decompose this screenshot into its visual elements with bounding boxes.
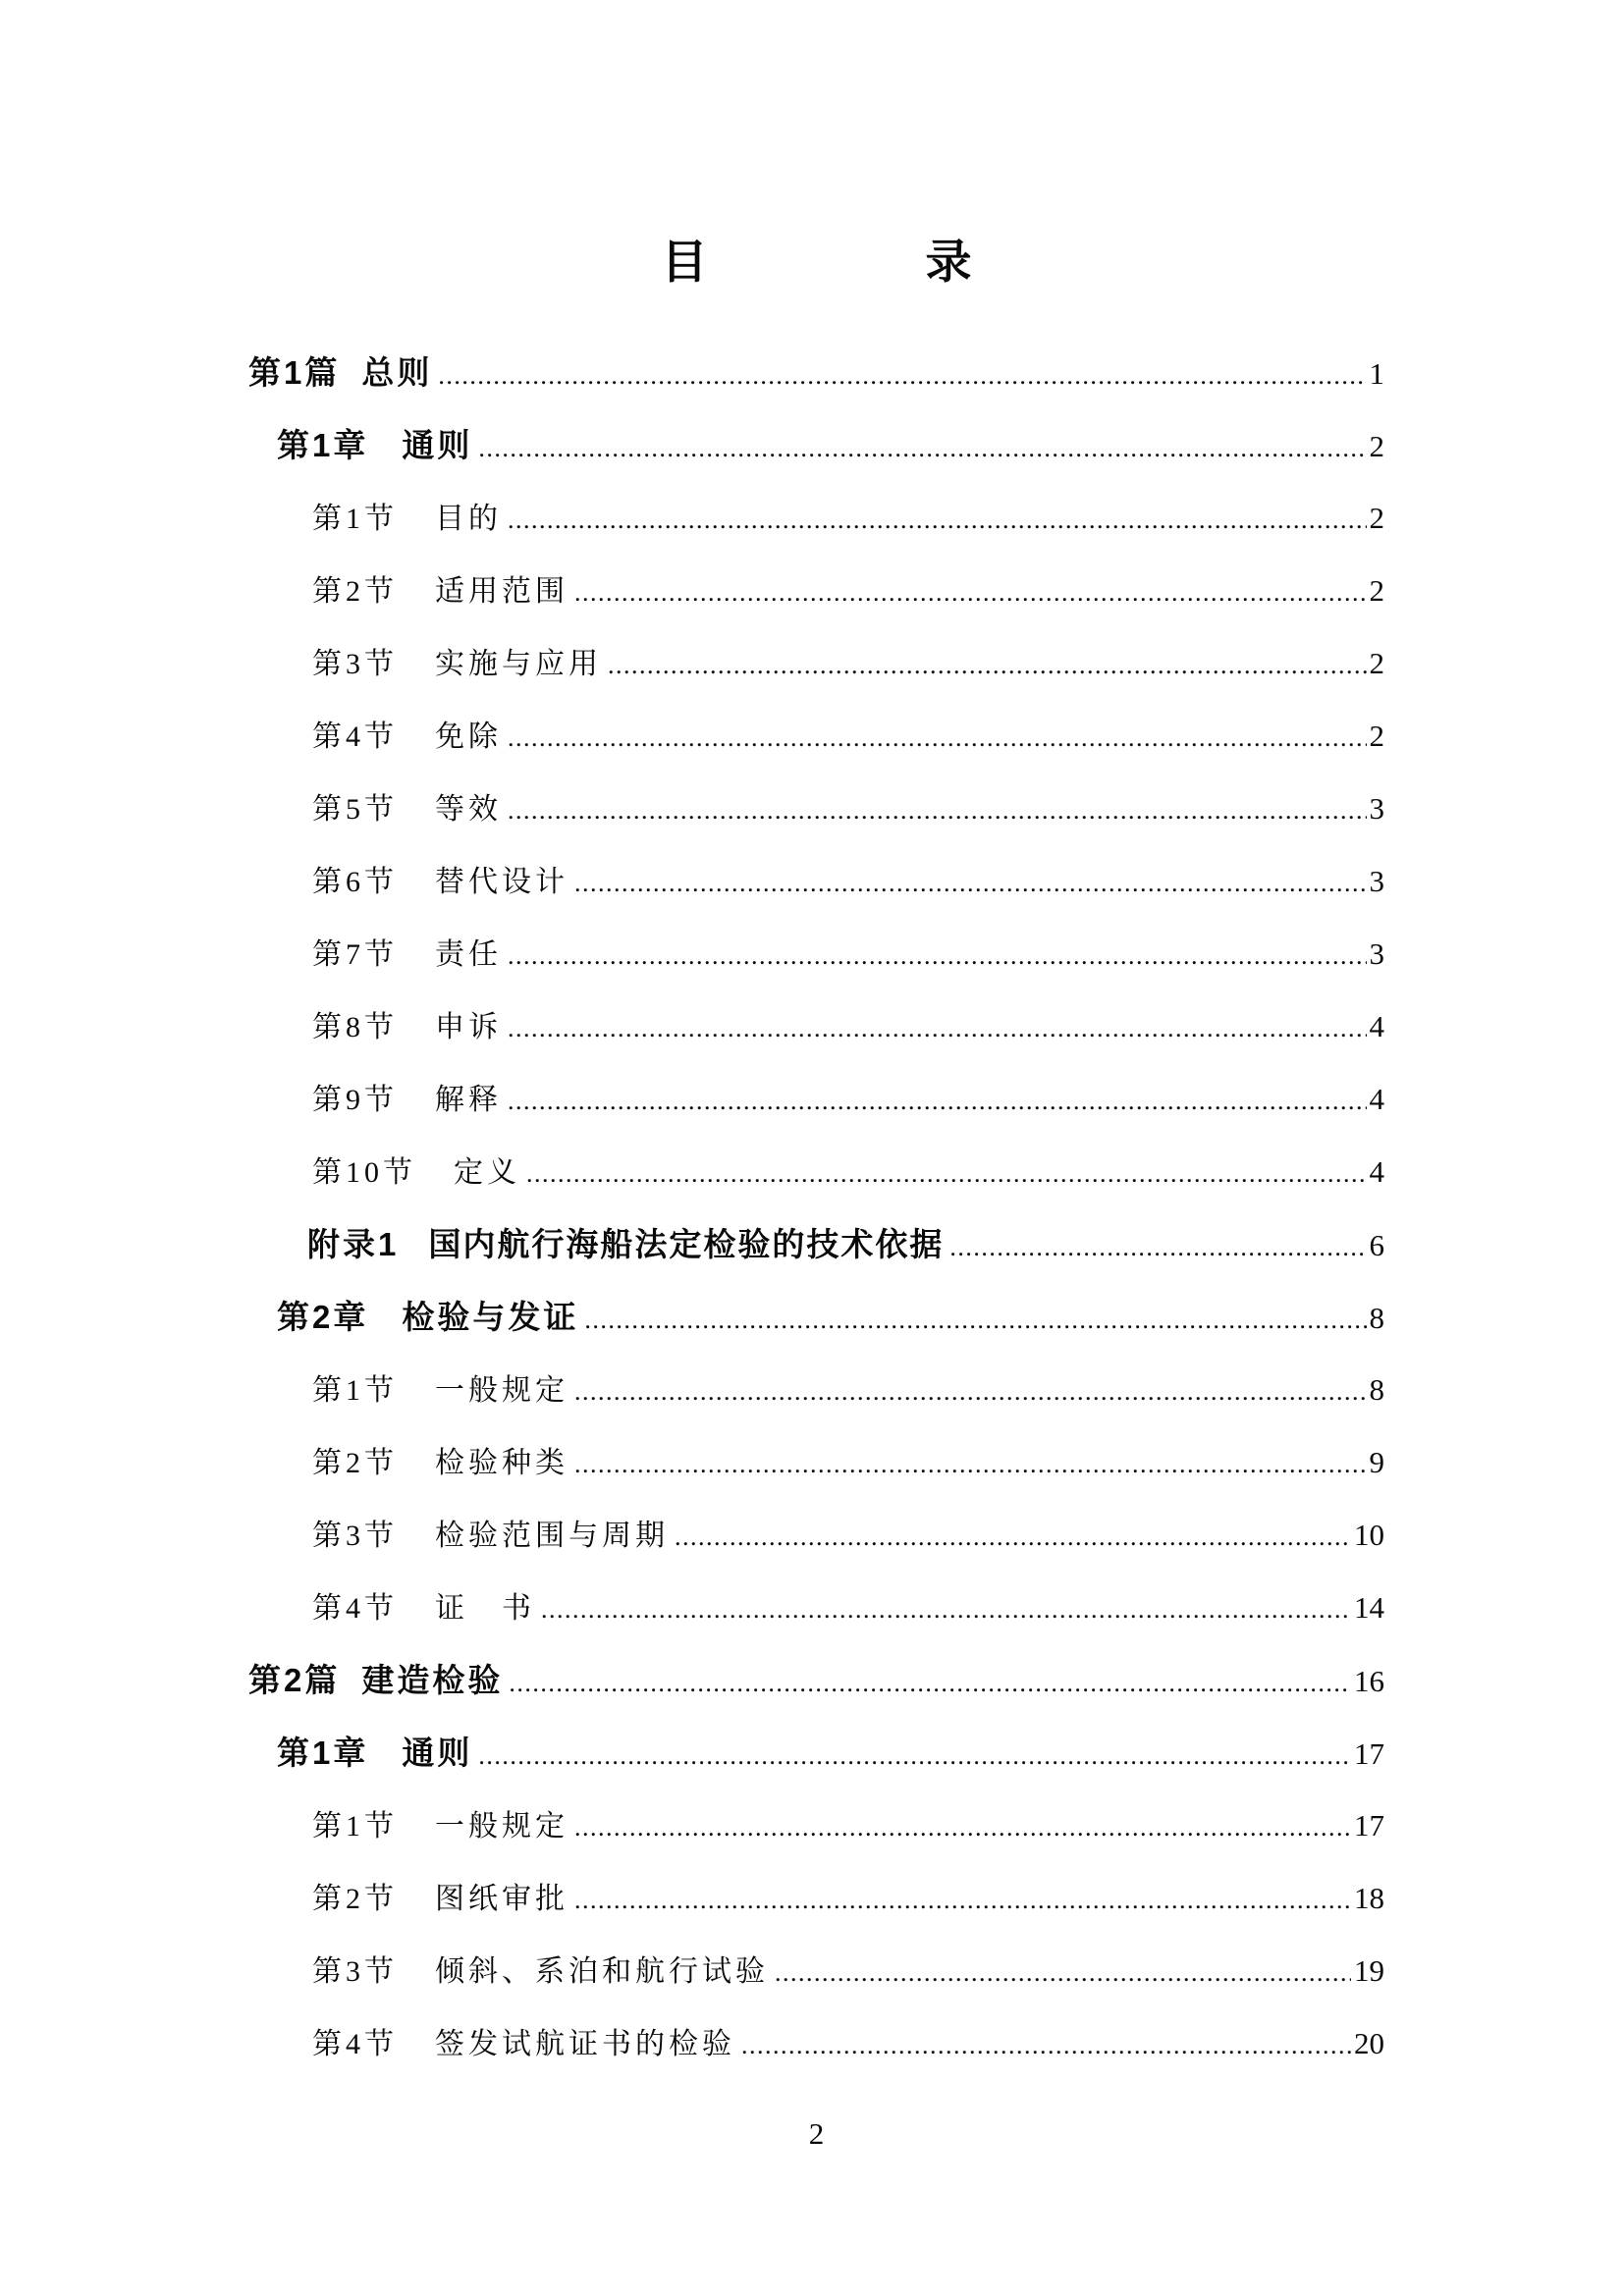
toc-entry: 第1节 目的 .................................… xyxy=(248,482,1384,555)
dot-leader: ........................................… xyxy=(541,1574,1351,1646)
toc-entry-number: 第7节 xyxy=(312,919,398,991)
toc-entry-number: 第3节 xyxy=(312,1500,398,1573)
toc-entry-page: 14 xyxy=(1354,1572,1384,1644)
page-title-char-left: 目 xyxy=(662,239,708,290)
toc-entry-title: 一般规定 xyxy=(435,1790,568,1863)
toc-entry-number: 第5节 xyxy=(312,774,398,846)
dot-leader: ........................................… xyxy=(509,1647,1351,1720)
dot-leader: ........................................… xyxy=(775,1937,1351,2009)
toc-entry-title: 通则 xyxy=(402,1717,472,1789)
toc-entry-title: 检验范围与周期 xyxy=(435,1500,669,1573)
dot-leader: ........................................… xyxy=(574,1428,1367,1501)
dot-leader: ........................................… xyxy=(508,1065,1367,1138)
toc-entry-number: 第1节 xyxy=(312,1790,398,1863)
toc-entry: 第8节 申诉 .................................… xyxy=(248,990,1384,1063)
toc-entry-page: 16 xyxy=(1354,1645,1384,1718)
toc-entry: 第1节 一般规定 ...............................… xyxy=(248,1789,1384,1862)
page-title: 目 录 xyxy=(248,239,1384,290)
toc-entry-title: 图纸审批 xyxy=(435,1863,568,1936)
dot-leader: ........................................… xyxy=(526,1138,1367,1210)
toc-entry: 第3节 实施与应用 ..............................… xyxy=(248,627,1384,700)
toc-entry-number: 第2节 xyxy=(312,1863,398,1936)
toc-entry-page: 4 xyxy=(1370,1136,1385,1208)
toc-entry-title: 责任 xyxy=(435,919,502,991)
toc-entry: 第2篇 建造检验 ...............................… xyxy=(248,1644,1384,1717)
toc-entry-number: 第1章 xyxy=(277,1717,368,1789)
dot-leader: ........................................… xyxy=(574,847,1367,920)
toc-entry-page: 18 xyxy=(1354,1862,1384,1935)
toc-entry-number: 第1章 xyxy=(277,409,368,482)
toc-entry-page: 20 xyxy=(1354,2007,1384,2080)
page-title-char-right: 录 xyxy=(926,239,972,290)
dot-leader: ........................................… xyxy=(675,1501,1351,1574)
toc-entry-title: 替代设计 xyxy=(435,846,568,919)
dot-leader: ........................................… xyxy=(508,992,1367,1065)
dot-leader: ........................................… xyxy=(508,920,1367,992)
toc-entry: 第1篇 总则 .................................… xyxy=(248,337,1384,409)
toc-entry-number: 第2节 xyxy=(312,1427,398,1500)
toc-entry-title: 建造检验 xyxy=(361,1644,503,1717)
toc-entry: 第1章 通则 .................................… xyxy=(248,1717,1384,1789)
toc-entry-page: 2 xyxy=(1370,555,1385,627)
toc-entry: 第3节 检验范围与周期 ............................… xyxy=(248,1499,1384,1572)
dot-leader: ........................................… xyxy=(478,1720,1351,1792)
toc-entry: 第9节 解释 .................................… xyxy=(248,1063,1384,1136)
toc-entry: 第2节 适用范围 ...............................… xyxy=(248,555,1384,627)
toc-entry: 第4节 证 书 ................................… xyxy=(248,1572,1384,1644)
toc-entry-number: 第1节 xyxy=(312,1355,398,1427)
dot-leader: ........................................… xyxy=(574,557,1367,629)
toc-entry-number: 第8节 xyxy=(312,991,398,1064)
toc-entry-number: 第2篇 xyxy=(248,1644,340,1717)
toc-entry-page: 4 xyxy=(1370,990,1385,1063)
toc-entry: 第5节 等效 .................................… xyxy=(248,773,1384,845)
dot-leader: ........................................… xyxy=(574,1356,1367,1428)
dot-leader: ........................................… xyxy=(949,1211,1366,1284)
toc-entry-number: 第1节 xyxy=(312,483,398,556)
toc-entry-title: 国内航行海船法定检验的技术依据 xyxy=(428,1208,944,1281)
toc-entry-number: 第10节 xyxy=(312,1137,416,1209)
toc-entry: 第3节 倾斜、系泊和航行试验 .........................… xyxy=(248,1935,1384,2007)
footer-page-number: 2 xyxy=(248,2116,1384,2152)
dot-leader: ........................................… xyxy=(508,774,1367,847)
dot-leader: ........................................… xyxy=(574,1791,1351,1864)
toc-entry-title: 通则 xyxy=(402,409,472,482)
dot-leader: ........................................… xyxy=(574,1864,1351,1937)
toc-entry-page: 17 xyxy=(1354,1718,1384,1790)
toc-entry-page: 6 xyxy=(1370,1209,1385,1282)
toc-entry-title: 目的 xyxy=(435,483,502,556)
toc-entry: 第2章 检验与发证 ..............................… xyxy=(248,1281,1384,1354)
toc-entry-title: 总则 xyxy=(361,337,432,409)
toc-entry-page: 17 xyxy=(1354,1789,1384,1862)
toc-entry-page: 9 xyxy=(1370,1426,1385,1499)
toc-entry: 附录1 国内航行海船法定检验的技术依据 ....................… xyxy=(248,1208,1384,1281)
toc-entry: 第2节 检验种类 ...............................… xyxy=(248,1426,1384,1499)
toc-entry-number: 第4节 xyxy=(312,2008,398,2081)
dot-leader: ........................................… xyxy=(438,340,1366,412)
toc-entry-page: 10 xyxy=(1354,1499,1384,1572)
document-page: 目 录 第1篇 总则 .............................… xyxy=(0,0,1624,2296)
toc-entry: 第1节 一般规定 ...............................… xyxy=(248,1354,1384,1426)
dot-leader: ........................................… xyxy=(741,2009,1351,2082)
toc-entry-page: 2 xyxy=(1370,627,1385,700)
toc-entry: 第2节 图纸审批 ...............................… xyxy=(248,1862,1384,1935)
toc-entry-page: 2 xyxy=(1370,700,1385,773)
toc-list: 第1篇 总则 .................................… xyxy=(248,337,1384,2080)
toc-entry-number: 第6节 xyxy=(312,846,398,919)
dot-leader: ........................................… xyxy=(508,484,1367,557)
toc-entry-page: 8 xyxy=(1370,1354,1385,1426)
toc-entry-title: 解释 xyxy=(435,1064,502,1137)
dot-leader: ........................................… xyxy=(508,702,1367,774)
toc-entry: 第7节 责任 .................................… xyxy=(248,918,1384,990)
toc-entry-title: 申诉 xyxy=(435,991,502,1064)
toc-entry-page: 3 xyxy=(1370,773,1385,845)
toc-entry-title: 等效 xyxy=(435,774,502,846)
toc-entry: 第1章 通则 .................................… xyxy=(248,409,1384,482)
toc-entry-title: 倾斜、系泊和航行试验 xyxy=(435,1936,769,2008)
toc-entry-number: 第2节 xyxy=(312,556,398,628)
toc-entry-page: 2 xyxy=(1370,410,1385,483)
toc-entry-title: 免除 xyxy=(435,701,502,774)
toc-entry-page: 8 xyxy=(1370,1282,1385,1355)
toc-entry-title: 实施与应用 xyxy=(435,628,602,701)
dot-leader: ........................................… xyxy=(584,1284,1366,1357)
toc-entry-title: 定义 xyxy=(454,1137,520,1209)
toc-entry: 第4节 签发试航证书的检验 ..........................… xyxy=(248,2007,1384,2080)
toc-entry-page: 2 xyxy=(1370,482,1385,555)
toc-entry-title: 一般规定 xyxy=(435,1355,568,1427)
toc-entry-page: 3 xyxy=(1370,918,1385,990)
toc-entry-page: 19 xyxy=(1354,1935,1384,2007)
toc-entry-number: 第4节 xyxy=(312,1573,398,1645)
toc-entry-number: 第4节 xyxy=(312,701,398,774)
toc-entry-title: 适用范围 xyxy=(435,556,568,628)
toc-entry: 第10节 定义 ................................… xyxy=(248,1136,1384,1208)
toc-entry: 第4节 免除 .................................… xyxy=(248,700,1384,773)
toc-entry-page: 4 xyxy=(1370,1063,1385,1136)
dot-leader: ........................................… xyxy=(478,412,1366,485)
toc-entry-title: 检验与发证 xyxy=(402,1281,578,1354)
toc-entry-title: 签发试航证书的检验 xyxy=(435,2008,735,2081)
toc-entry-number: 第1篇 xyxy=(248,337,340,409)
toc-entry-number: 第3节 xyxy=(312,1936,398,2008)
toc-entry-page: 3 xyxy=(1370,845,1385,918)
toc-entry-title: 检验种类 xyxy=(435,1427,568,1500)
toc-entry-number: 附录1 xyxy=(307,1208,399,1281)
toc-entry-number: 第9节 xyxy=(312,1064,398,1137)
toc-entry-number: 第2章 xyxy=(277,1281,368,1354)
toc-entry: 第6节 替代设计 ...............................… xyxy=(248,845,1384,918)
toc-entry-number: 第3节 xyxy=(312,628,398,701)
dot-leader: ........................................… xyxy=(608,629,1367,702)
toc-entry-page: 1 xyxy=(1370,338,1385,410)
toc-entry-title: 证 书 xyxy=(435,1573,535,1645)
